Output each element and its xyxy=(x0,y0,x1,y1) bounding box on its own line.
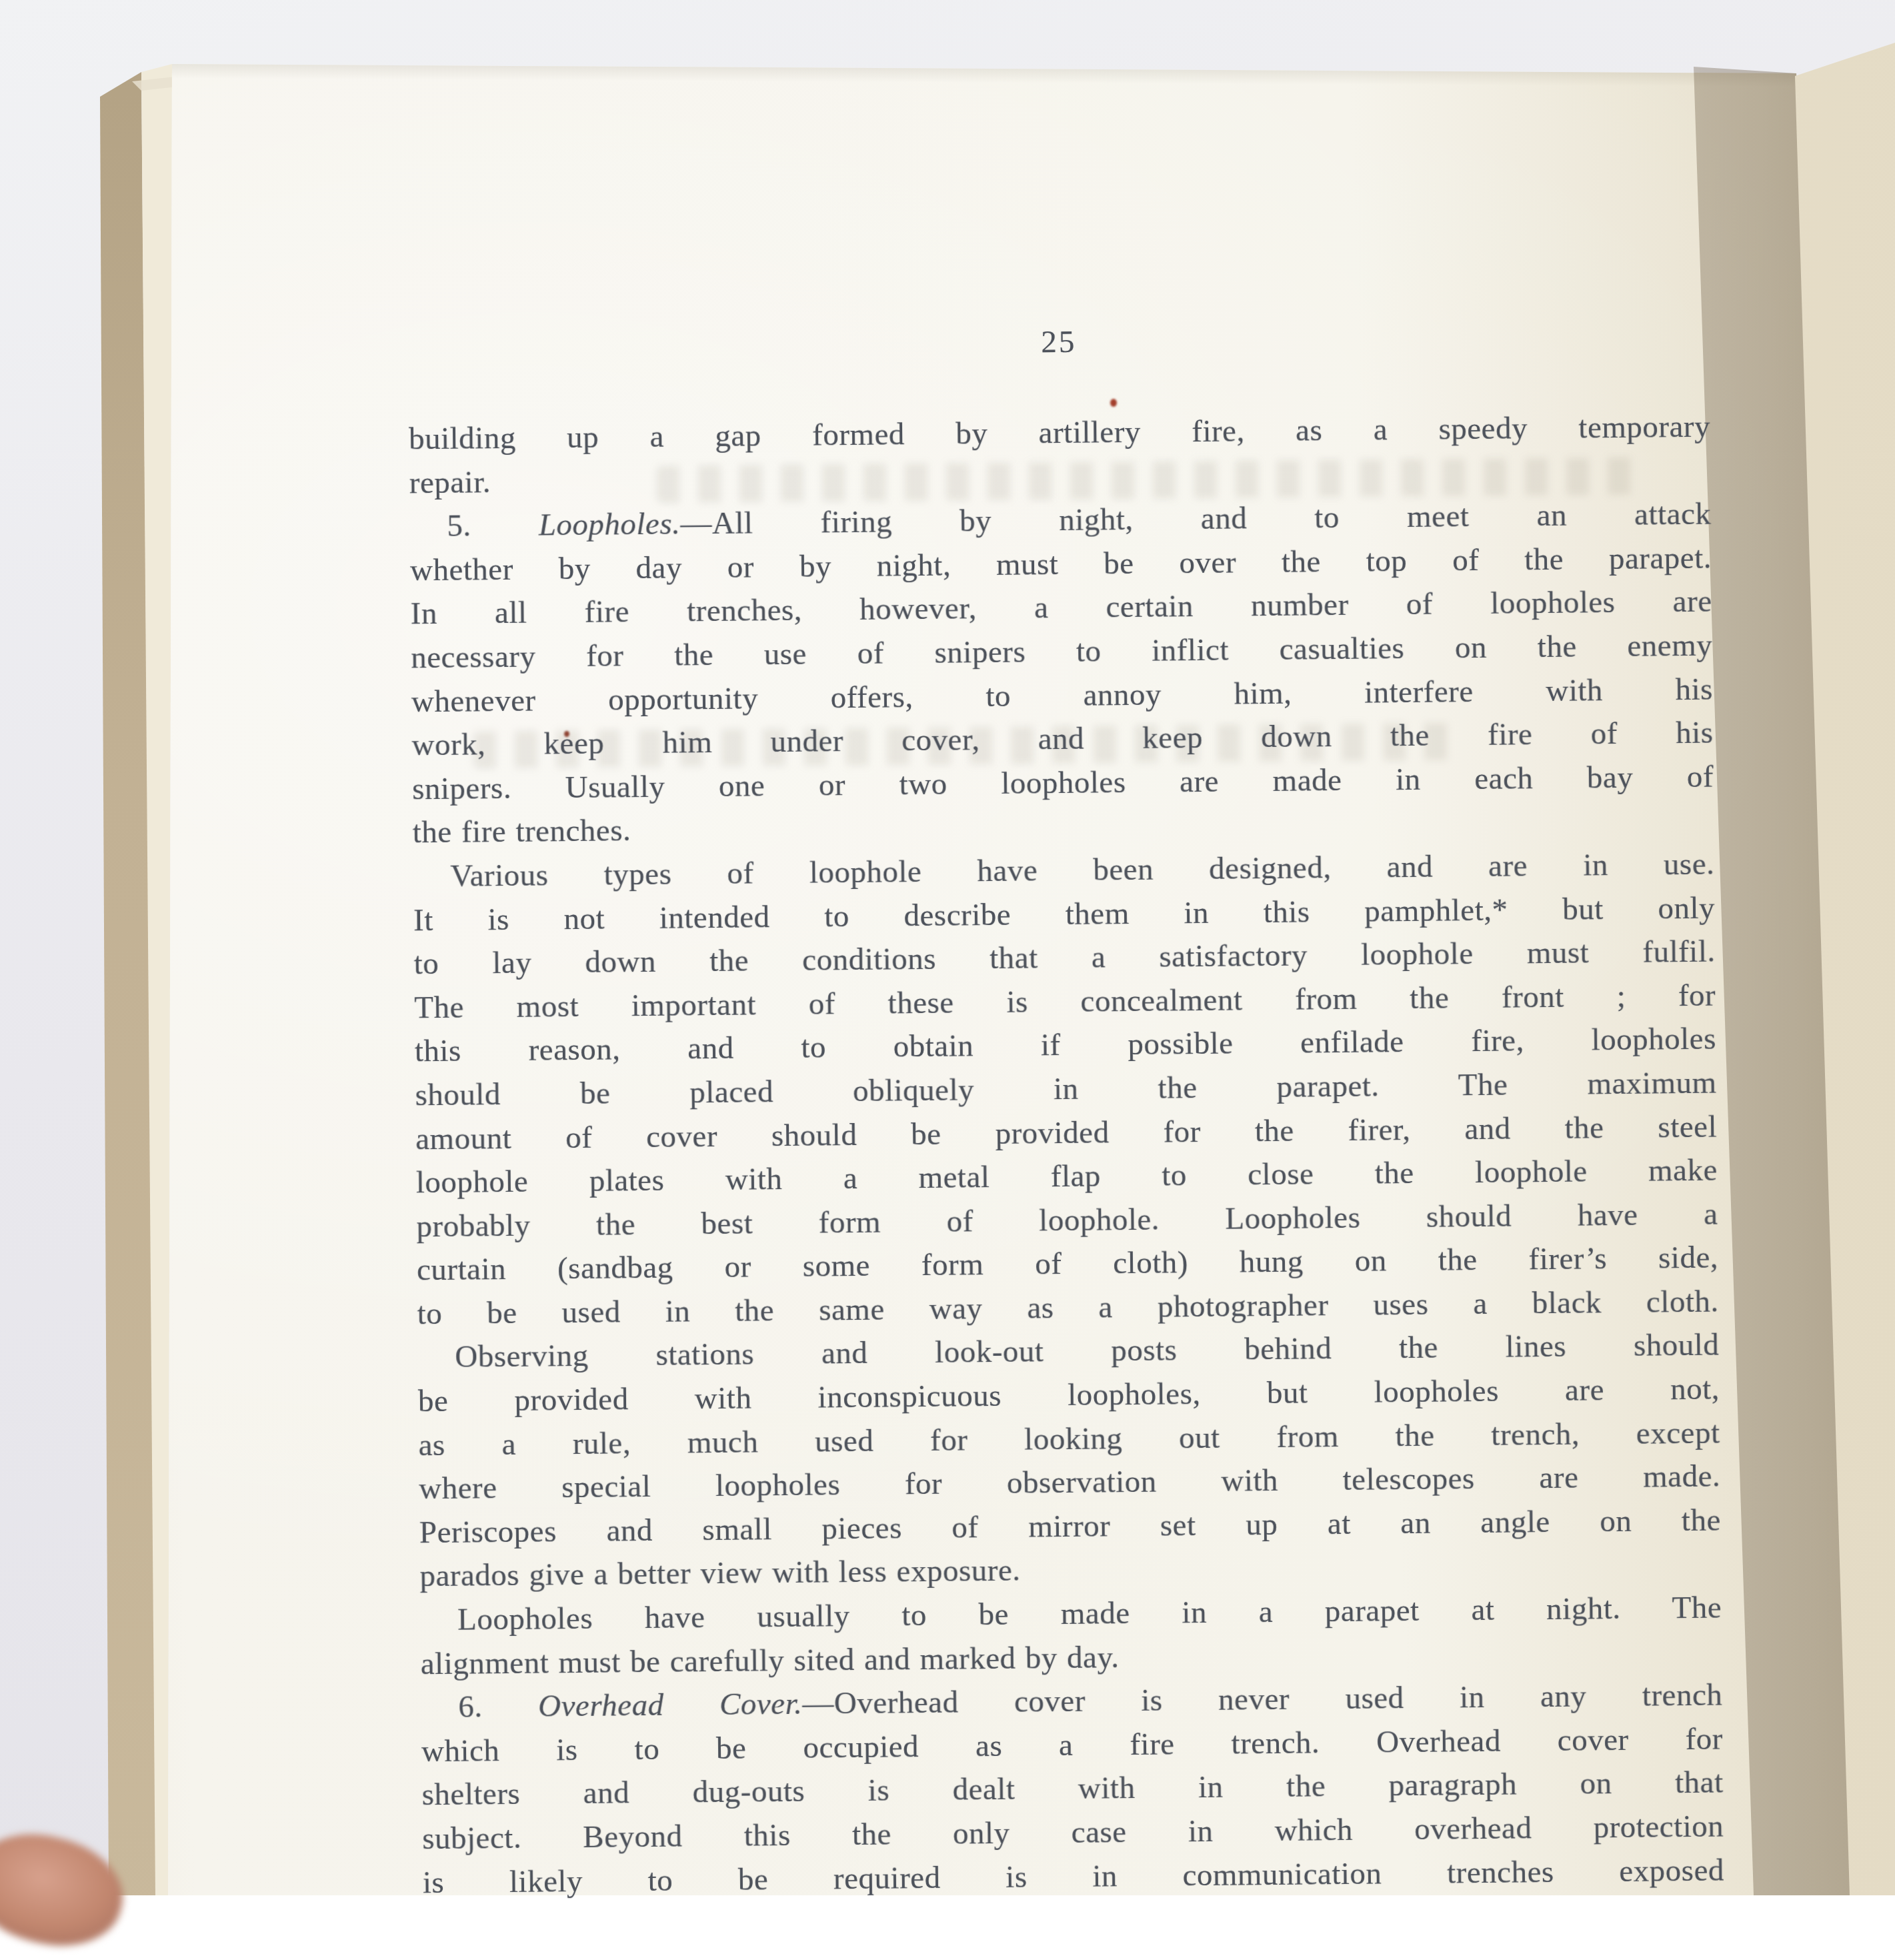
paragraph: Loopholes have usually to be made in a p… xyxy=(420,1587,1722,1687)
section-number: 6. xyxy=(458,1689,538,1725)
page-body-text: building up a gap formed by artillery fi… xyxy=(409,405,1724,1895)
text-run: —All firing by night, and to meet an att… xyxy=(680,497,1711,542)
paragraph: Observing stations and look-out posts be… xyxy=(417,1324,1722,1599)
red-speck xyxy=(564,731,569,737)
paragraph: building up a gap formed by artillery fi… xyxy=(409,405,1711,506)
page-text: 25 building up a gap formed by artillery… xyxy=(405,0,1724,1895)
section-number: 5. xyxy=(447,508,539,544)
paragraph: 6. Overhead Cover.—Overhead cover is nev… xyxy=(421,1674,1724,1895)
paragraph: 5. Loopholes.—All firing by night, and t… xyxy=(409,493,1714,855)
section-heading: Overhead Cover. xyxy=(538,1687,803,1724)
text-run: —Overhead cover is never used in any tre… xyxy=(802,1678,1722,1721)
book-page-photo: 25 building up a gap formed by artillery… xyxy=(0,0,1895,1895)
section-heading: Loopholes. xyxy=(539,507,681,543)
red-speck xyxy=(1110,399,1117,407)
page-number: 25 xyxy=(408,318,1710,367)
paragraph: Various types of loophole have been desi… xyxy=(413,843,1719,1336)
